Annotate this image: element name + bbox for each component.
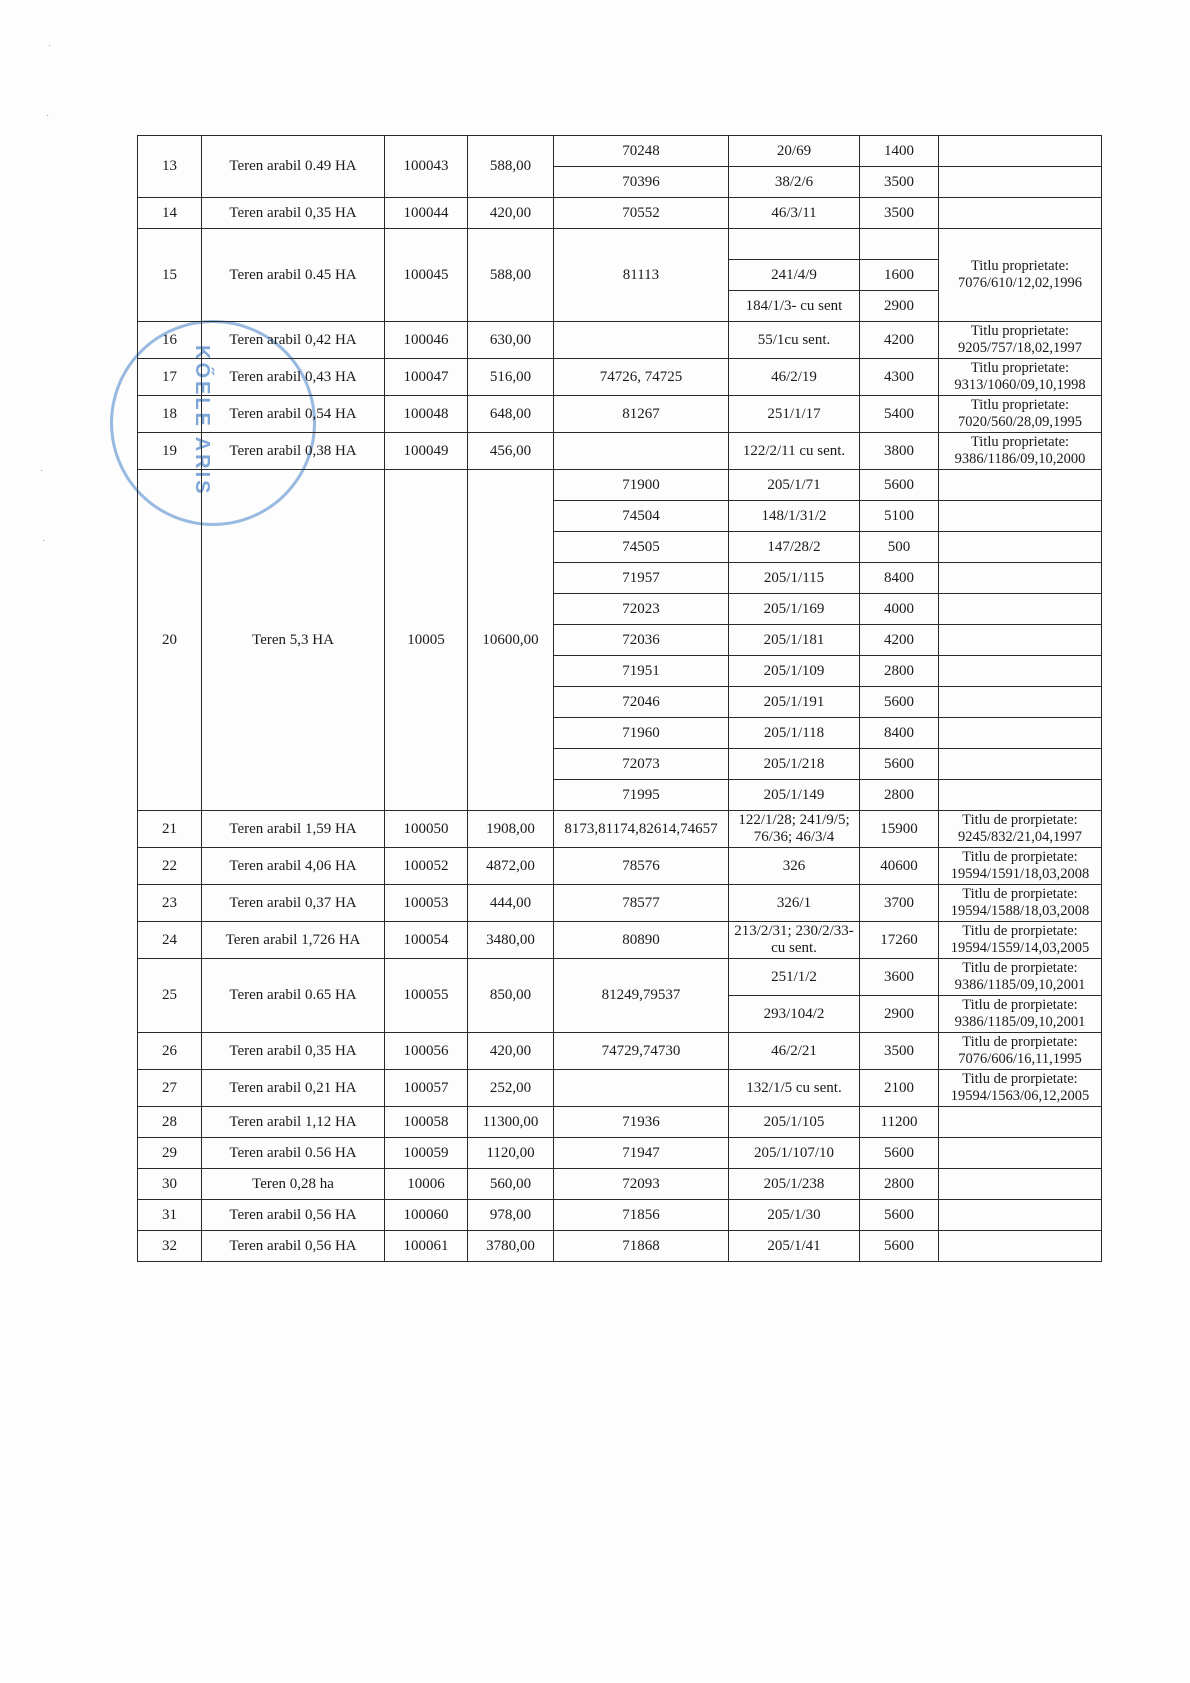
cell-observatii: Titlu proprietate: 7076/610/12,02,1996 [939, 229, 1102, 322]
cell-nr-inventar: 100056 [385, 1033, 468, 1070]
cell-nr-topografic: 205/1/218 [729, 749, 860, 780]
cell-valoare: 588,00 [468, 136, 554, 198]
cell-valoare: 444,00 [468, 885, 554, 922]
cell-nr: 18 [138, 396, 202, 433]
table-row: 16Teren arabil 0,42 HA100046630,0055/1cu… [138, 322, 1102, 359]
cell-suprafata: 3500 [860, 198, 939, 229]
cell-nr-inventar: 10005 [385, 470, 468, 811]
cell-observatii: Titlu proprietate: 9313/1060/09,10,1998 [939, 359, 1102, 396]
cell-observatii: Titlu de prorpietate: 19594/1559/14,03,2… [939, 922, 1102, 959]
scanned-page: KŐELE ARIS · · · · 13Teren arabil 0.49 H… [0, 0, 1190, 1683]
cell-denumire: Teren arabil 0.45 HA [202, 229, 385, 322]
cell-nr: 32 [138, 1231, 202, 1262]
cell-nr-cadastral: 71957 [554, 563, 729, 594]
table-row: 29Teren arabil 0.56 HA1000591120,0071947… [138, 1138, 1102, 1169]
cell-nr: 24 [138, 922, 202, 959]
cell-nr-cadastral: 70552 [554, 198, 729, 229]
cell-valoare: 560,00 [468, 1169, 554, 1200]
cell-observatii [939, 1169, 1102, 1200]
cell-nr-topografic: 205/1/105 [729, 1107, 860, 1138]
cell-denumire: Teren arabil 0,43 HA [202, 359, 385, 396]
cell-valoare: 420,00 [468, 1033, 554, 1070]
cell-nr-inventar: 100055 [385, 959, 468, 1033]
cell-nr: 25 [138, 959, 202, 1033]
cell-nr-topografic: 205/1/118 [729, 718, 860, 749]
cell-observatii [939, 1231, 1102, 1262]
cell-suprafata: 500 [860, 532, 939, 563]
cell-nr-topografic: 205/1/169 [729, 594, 860, 625]
cell-valoare: 11300,00 [468, 1107, 554, 1138]
cell-suprafata: 2900 [860, 291, 939, 322]
cell-observatii [939, 136, 1102, 167]
cell-denumire: Teren arabil 0,35 HA [202, 1033, 385, 1070]
cell-observatii: Titlu proprietate: 9386/1186/09,10,2000 [939, 433, 1102, 470]
table-row: 17Teren arabil 0,43 HA100047516,0074726,… [138, 359, 1102, 396]
cell-denumire: Teren arabil 0,21 HA [202, 1070, 385, 1107]
cell-nr-inventar: 100047 [385, 359, 468, 396]
cell-nr-cadastral: 78577 [554, 885, 729, 922]
cell-observatii [939, 656, 1102, 687]
cell-nr: 15 [138, 229, 202, 322]
cell-nr-inventar: 100043 [385, 136, 468, 198]
cell-denumire: Teren arabil 0,54 HA [202, 396, 385, 433]
table-row: 32Teren arabil 0,56 HA1000613780,0071868… [138, 1231, 1102, 1262]
cell-observatii [939, 563, 1102, 594]
cell-nr-inventar: 100050 [385, 811, 468, 848]
cell-suprafata: 4300 [860, 359, 939, 396]
cell-suprafata: 5600 [860, 470, 939, 501]
table-row: 28Teren arabil 1,12 HA10005811300,007193… [138, 1107, 1102, 1138]
cell-suprafata: 4200 [860, 322, 939, 359]
cell-denumire: Teren arabil 0.65 HA [202, 959, 385, 1033]
cell-nr-inventar: 100045 [385, 229, 468, 322]
table-row: 24Teren arabil 1,726 HA1000543480,008089… [138, 922, 1102, 959]
cell-observatii [939, 1107, 1102, 1138]
cell-nr-cadastral: 71856 [554, 1200, 729, 1231]
cell-suprafata: 8400 [860, 563, 939, 594]
table-row: 31Teren arabil 0,56 HA100060978,00718562… [138, 1200, 1102, 1231]
cell-nr-cadastral: 80890 [554, 922, 729, 959]
table-row: 26Teren arabil 0,35 HA100056420,0074729,… [138, 1033, 1102, 1070]
cell-nr-topografic: 251/1/2 [729, 959, 860, 996]
table-row: 19Teren arabil 0,38 HA100049456,00122/2/… [138, 433, 1102, 470]
cell-suprafata: 4200 [860, 625, 939, 656]
scan-mark: · [46, 110, 49, 121]
cell-observatii: Titlu de prorpietate: 9386/1185/09,10,20… [939, 996, 1102, 1033]
cell-nr-cadastral: 72036 [554, 625, 729, 656]
cell-valoare: 1120,00 [468, 1138, 554, 1169]
cell-valoare: 456,00 [468, 433, 554, 470]
cell-nr: 31 [138, 1200, 202, 1231]
cell-denumire: Teren arabil 4,06 HA [202, 848, 385, 885]
cell-suprafata: 5600 [860, 1200, 939, 1231]
cell-nr-inventar: 10006 [385, 1169, 468, 1200]
cell-nr-cadastral: 70396 [554, 167, 729, 198]
cell-nr: 30 [138, 1169, 202, 1200]
cell-denumire: Teren 5,3 HA [202, 470, 385, 811]
cell-nr-inventar: 100060 [385, 1200, 468, 1231]
cell-valoare: 10600,00 [468, 470, 554, 811]
cell-suprafata: 15900 [860, 811, 939, 848]
cell-nr-topografic: 241/4/9 [729, 260, 860, 291]
cell-valoare: 630,00 [468, 322, 554, 359]
cell-valoare: 588,00 [468, 229, 554, 322]
cell-valoare: 252,00 [468, 1070, 554, 1107]
cell-nr-cadastral: 71900 [554, 470, 729, 501]
table-row: 21Teren arabil 1,59 HA1000501908,008173,… [138, 811, 1102, 848]
cell-observatii: Titlu de prorpietate: 19594/1588/18,03,2… [939, 885, 1102, 922]
cell-nr-cadastral [554, 433, 729, 470]
cell-suprafata: 2100 [860, 1070, 939, 1107]
cell-observatii: Titlu de prorpietate: 9386/1185/09,10,20… [939, 959, 1102, 996]
cell-suprafata: 3500 [860, 1033, 939, 1070]
cell-suprafata: 2800 [860, 780, 939, 811]
scan-mark: · [42, 535, 45, 546]
cell-nr-cadastral: 71947 [554, 1138, 729, 1169]
cell-observatii [939, 718, 1102, 749]
cell-nr-inventar: 100048 [385, 396, 468, 433]
cell-nr-topografic: 38/2/6 [729, 167, 860, 198]
cell-nr-topografic: 205/1/149 [729, 780, 860, 811]
cell-denumire: Teren arabil 0,42 HA [202, 322, 385, 359]
cell-nr-cadastral: 74726, 74725 [554, 359, 729, 396]
cell-suprafata: 1600 [860, 260, 939, 291]
cell-observatii [939, 1200, 1102, 1231]
cell-observatii: Titlu de prorpietate: 7076/606/16,11,199… [939, 1033, 1102, 1070]
cell-observatii [939, 749, 1102, 780]
cell-nr: 26 [138, 1033, 202, 1070]
cell-nr-cadastral: 78576 [554, 848, 729, 885]
cell-suprafata: 1400 [860, 136, 939, 167]
cell-suprafata: 3500 [860, 167, 939, 198]
table-row: 20Teren 5,3 HA1000510600,0071900205/1/71… [138, 470, 1102, 501]
cell-nr: 14 [138, 198, 202, 229]
cell-nr-cadastral: 81113 [554, 229, 729, 322]
cell-observatii [939, 687, 1102, 718]
cell-nr-cadastral: 74729,74730 [554, 1033, 729, 1070]
cell-suprafata: 3600 [860, 959, 939, 996]
scan-mark: · [40, 465, 43, 476]
cell-nr: 27 [138, 1070, 202, 1107]
cell-nr-cadastral: 71951 [554, 656, 729, 687]
cell-valoare: 850,00 [468, 959, 554, 1033]
cell-denumire: Teren arabil 0,56 HA [202, 1200, 385, 1231]
cell-denumire: Teren arabil 0,37 HA [202, 885, 385, 922]
cell-nr-cadastral: 70248 [554, 136, 729, 167]
cell-valoare: 420,00 [468, 198, 554, 229]
cell-nr-inventar: 100046 [385, 322, 468, 359]
table-row: 14Teren arabil 0,35 HA100044420,00705524… [138, 198, 1102, 229]
cell-nr-cadastral: 8173,81174,82614,74657 [554, 811, 729, 848]
land-inventory-table: 13Teren arabil 0.49 HA100043588,00702482… [137, 135, 1102, 1262]
cell-nr-topografic: 20/69 [729, 136, 860, 167]
cell-nr-cadastral: 71936 [554, 1107, 729, 1138]
cell-nr-topografic [729, 229, 860, 260]
cell-nr-cadastral: 74504 [554, 501, 729, 532]
cell-nr-topografic: 46/2/19 [729, 359, 860, 396]
cell-denumire: Teren arabil 1,59 HA [202, 811, 385, 848]
cell-nr-inventar: 100053 [385, 885, 468, 922]
cell-nr-cadastral: 81267 [554, 396, 729, 433]
cell-nr-cadastral: 72046 [554, 687, 729, 718]
cell-observatii [939, 594, 1102, 625]
cell-nr-cadastral: 72073 [554, 749, 729, 780]
cell-suprafata: 2800 [860, 1169, 939, 1200]
cell-observatii: Titlu de prorpietate: 9245/832/21,04,199… [939, 811, 1102, 848]
table-row: 22Teren arabil 4,06 HA1000524872,0078576… [138, 848, 1102, 885]
cell-observatii [939, 501, 1102, 532]
cell-nr-topografic: 205/1/41 [729, 1231, 860, 1262]
table-row: 18Teren arabil 0,54 HA100048648,00812672… [138, 396, 1102, 433]
cell-valoare: 648,00 [468, 396, 554, 433]
cell-nr: 17 [138, 359, 202, 396]
cell-nr-topografic: 132/1/5 cu sent. [729, 1070, 860, 1107]
cell-suprafata: 5600 [860, 1231, 939, 1262]
cell-suprafata: 40600 [860, 848, 939, 885]
cell-suprafata: 2800 [860, 656, 939, 687]
cell-nr-cadastral: 72093 [554, 1169, 729, 1200]
cell-nr-cadastral: 72023 [554, 594, 729, 625]
cell-nr-topografic: 148/1/31/2 [729, 501, 860, 532]
cell-observatii [939, 470, 1102, 501]
cell-nr-cadastral: 71868 [554, 1231, 729, 1262]
cell-denumire: Teren arabil 1,726 HA [202, 922, 385, 959]
cell-nr: 19 [138, 433, 202, 470]
cell-nr-cadastral: 71995 [554, 780, 729, 811]
cell-valoare: 516,00 [468, 359, 554, 396]
cell-suprafata: 5600 [860, 749, 939, 780]
table-row: 15Teren arabil 0.45 HA100045588,0081113T… [138, 229, 1102, 260]
cell-denumire: Teren arabil 0.56 HA [202, 1138, 385, 1169]
cell-nr-topografic: 293/104/2 [729, 996, 860, 1033]
table-body: 13Teren arabil 0.49 HA100043588,00702482… [138, 136, 1102, 1262]
cell-nr-topografic: 205/1/115 [729, 563, 860, 594]
cell-nr: 23 [138, 885, 202, 922]
cell-suprafata: 2900 [860, 996, 939, 1033]
cell-nr: 16 [138, 322, 202, 359]
cell-observatii [939, 1138, 1102, 1169]
cell-observatii [939, 780, 1102, 811]
cell-suprafata: 5600 [860, 687, 939, 718]
cell-observatii [939, 167, 1102, 198]
cell-suprafata: 5600 [860, 1138, 939, 1169]
table-row: 25Teren arabil 0.65 HA100055850,0081249,… [138, 959, 1102, 996]
cell-nr-topografic: 205/1/238 [729, 1169, 860, 1200]
cell-observatii: Titlu de prorpietate: 19594/1591/18,03,2… [939, 848, 1102, 885]
cell-nr-topografic: 122/2/11 cu sent. [729, 433, 860, 470]
cell-nr-inventar: 100052 [385, 848, 468, 885]
cell-suprafata: 11200 [860, 1107, 939, 1138]
cell-denumire: Teren arabil 0,56 HA [202, 1231, 385, 1262]
cell-suprafata: 8400 [860, 718, 939, 749]
cell-observatii [939, 625, 1102, 656]
cell-nr: 28 [138, 1107, 202, 1138]
cell-denumire: Teren arabil 0,38 HA [202, 433, 385, 470]
cell-suprafata: 17260 [860, 922, 939, 959]
cell-nr-cadastral: 71960 [554, 718, 729, 749]
cell-nr-topografic: 184/1/3- cu sent [729, 291, 860, 322]
cell-nr-inventar: 100049 [385, 433, 468, 470]
cell-nr: 13 [138, 136, 202, 198]
cell-denumire: Teren arabil 0,35 HA [202, 198, 385, 229]
cell-nr-topografic: 326 [729, 848, 860, 885]
cell-denumire: Teren arabil 0.49 HA [202, 136, 385, 198]
cell-nr-cadastral: 81249,79537 [554, 959, 729, 1033]
cell-nr-inventar: 100054 [385, 922, 468, 959]
cell-nr-topografic: 213/2/31; 230/2/33-cu sent. [729, 922, 860, 959]
cell-nr-topografic: 205/1/181 [729, 625, 860, 656]
table-row: 27Teren arabil 0,21 HA100057252,00132/1/… [138, 1070, 1102, 1107]
cell-observatii: Titlu proprietate: 7020/560/28,09,1995 [939, 396, 1102, 433]
cell-nr-topografic: 205/1/107/10 [729, 1138, 860, 1169]
cell-suprafata: 5400 [860, 396, 939, 433]
cell-nr-topografic: 55/1cu sent. [729, 322, 860, 359]
cell-suprafata: 3800 [860, 433, 939, 470]
cell-nr-topografic: 122/1/28; 241/9/5; 76/36; 46/3/4 [729, 811, 860, 848]
cell-nr-inventar: 100044 [385, 198, 468, 229]
cell-nr-inventar: 100058 [385, 1107, 468, 1138]
cell-suprafata: 5100 [860, 501, 939, 532]
table-row: 23Teren arabil 0,37 HA100053444,00785773… [138, 885, 1102, 922]
cell-nr-topografic: 46/3/11 [729, 198, 860, 229]
cell-observatii [939, 198, 1102, 229]
table-row: 30Teren 0,28 ha10006560,0072093205/1/238… [138, 1169, 1102, 1200]
cell-denumire: Teren 0,28 ha [202, 1169, 385, 1200]
cell-nr-inventar: 100061 [385, 1231, 468, 1262]
scan-mark: · [48, 40, 51, 51]
cell-suprafata: 3700 [860, 885, 939, 922]
cell-nr-inventar: 100057 [385, 1070, 468, 1107]
cell-nr-topografic: 205/1/191 [729, 687, 860, 718]
cell-observatii: Titlu de prorpietate: 19594/1563/06,12,2… [939, 1070, 1102, 1107]
cell-nr-topografic: 147/28/2 [729, 532, 860, 563]
cell-suprafata: 4000 [860, 594, 939, 625]
cell-nr-cadastral [554, 322, 729, 359]
cell-nr: 22 [138, 848, 202, 885]
cell-nr-cadastral [554, 1070, 729, 1107]
cell-valoare: 1908,00 [468, 811, 554, 848]
cell-observatii: Titlu proprietate: 9205/757/18,02,1997 [939, 322, 1102, 359]
cell-suprafata [860, 229, 939, 260]
cell-nr: 29 [138, 1138, 202, 1169]
cell-nr-topografic: 251/1/17 [729, 396, 860, 433]
cell-valoare: 3480,00 [468, 922, 554, 959]
cell-nr: 21 [138, 811, 202, 848]
cell-nr-inventar: 100059 [385, 1138, 468, 1169]
cell-nr-topografic: 205/1/109 [729, 656, 860, 687]
cell-nr-topografic: 326/1 [729, 885, 860, 922]
cell-nr: 20 [138, 470, 202, 811]
cell-nr-cadastral: 74505 [554, 532, 729, 563]
cell-nr-topografic: 46/2/21 [729, 1033, 860, 1070]
cell-valoare: 978,00 [468, 1200, 554, 1231]
cell-nr-topografic: 205/1/30 [729, 1200, 860, 1231]
cell-denumire: Teren arabil 1,12 HA [202, 1107, 385, 1138]
cell-observatii [939, 532, 1102, 563]
cell-valoare: 3780,00 [468, 1231, 554, 1262]
cell-valoare: 4872,00 [468, 848, 554, 885]
cell-nr-topografic: 205/1/71 [729, 470, 860, 501]
table-row: 13Teren arabil 0.49 HA100043588,00702482… [138, 136, 1102, 167]
